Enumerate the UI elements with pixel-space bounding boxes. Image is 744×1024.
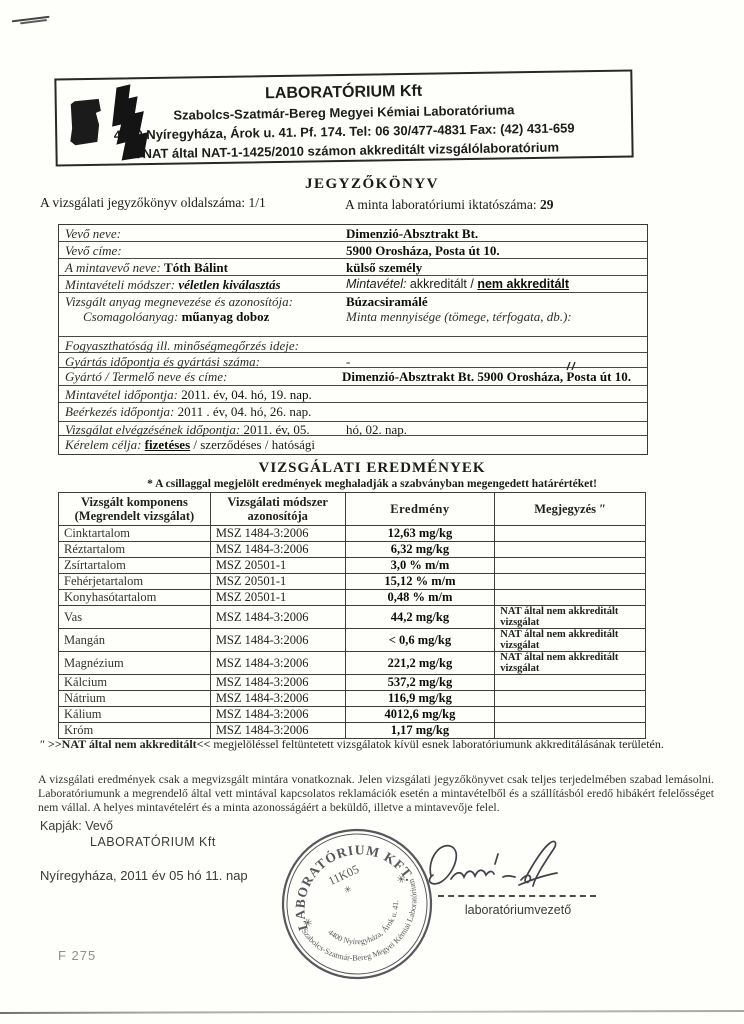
component-cell: Fehérjetartalom <box>59 574 211 590</box>
result-row: Nátrium MSZ 1484-3:2006 116,9 mg/kg <box>59 691 646 707</box>
method-cell: MSZ 20501-1 <box>210 590 345 606</box>
result-row: Cinktartalom MSZ 1484-3:2006 12,63 mg/kg <box>59 526 646 542</box>
info-row-sampler: A mintavevő neve: Tóth Bálint külső szem… <box>59 259 647 276</box>
result-cell: < 0,6 mg/kg <box>345 629 495 652</box>
result-cell: 0,48 % m/m <box>345 590 495 606</box>
distribution-recipient: LABORATÓRIUM Kft <box>90 834 216 850</box>
company-logo-icon <box>64 83 175 165</box>
result-row: Konyhasótartalom MSZ 20501-1 0,48 % m/m <box>59 590 646 606</box>
result-cell: 221,2 mg/kg <box>345 652 495 675</box>
method-cell: MSZ 1484-3:2006 <box>210 606 345 629</box>
info-row-test-date: Vizsgálat elvégzésének időpontja: 2011. … <box>59 422 647 436</box>
info-row-customer-address: Vevő címe: 5900 Orosháza, Posta út 10. <box>59 242 647 259</box>
result-row: Kálcium MSZ 1484-3:2006 537,2 mg/kg <box>59 675 646 691</box>
registry-label: A minta laboratóriumi iktatószáma: <box>345 197 537 212</box>
remark-cell <box>495 574 646 590</box>
component-cell: Cinktartalom <box>59 526 211 542</box>
scan-edge-bottom <box>0 1010 744 1014</box>
stamp-ring-inner-text: 4400 Nyíregyháza, Árok u. 41. <box>325 897 412 960</box>
remark-cell <box>495 526 646 542</box>
info-row-arrival-date: Beérkezés időpontja: 2011 . év, 04. hó, … <box>59 403 647 422</box>
component-cell: Zsírtartalom <box>59 558 211 574</box>
component-cell: Magnézium <box>59 652 211 675</box>
info-row-sampling-date: Mintavétel időpontja: 2011. év, 04. hó, … <box>59 386 647 403</box>
result-cell: 15,12 % m/m <box>345 574 495 590</box>
remark-cell <box>495 707 646 723</box>
component-cell: Kálium <box>59 707 211 723</box>
page-count-label: A vizsgálati jegyzőkönyv oldalszáma: <box>40 195 245 210</box>
result-row: Mangán MSZ 1484-3:2006 < 0,6 mg/kg NAT á… <box>59 629 646 652</box>
remark-cell <box>495 691 646 707</box>
component-cell: Réztartalom <box>59 542 211 558</box>
footnote-accreditation: ″ >>NAT által nem akkreditált<< megjelöl… <box>40 737 712 752</box>
distribution-label: Kapják: <box>40 819 82 833</box>
method-cell: MSZ 1484-3:2006 <box>210 542 345 558</box>
method-cell: MSZ 20501-1 <box>210 574 345 590</box>
info-row-producer: Gyártó / Termelő neve és címe: Dimenzió-… <box>59 368 647 386</box>
stamp-code: 11K05 <box>326 862 361 888</box>
remark-cell <box>495 590 646 606</box>
result-row: Kálium MSZ 1484-3:2006 4012,6 mg/kg <box>59 707 646 723</box>
col-header-remark: Megjegyzés ″ <box>495 493 646 526</box>
scan-edge-top <box>0 0 744 3</box>
result-cell: 537,2 mg/kg <box>345 675 495 691</box>
remark-cell <box>495 675 646 691</box>
result-row: Magnézium MSZ 1484-3:2006 221,2 mg/kg NA… <box>59 652 646 675</box>
result-row: Fehérjetartalom MSZ 20501-1 15,12 % m/m <box>59 574 646 590</box>
method-cell: MSZ 20501-1 <box>210 558 345 574</box>
component-cell: Kálcium <box>59 675 211 691</box>
remark-cell: NAT által nem akkreditált vizsgálat <box>495 606 646 629</box>
component-cell: Konyhasótartalom <box>59 590 211 606</box>
results-header-row: Vizsgált komponens (Megrendelt vizsgálat… <box>59 493 646 526</box>
result-cell: 4012,6 mg/kg <box>345 707 495 723</box>
scan-smudge-mark <box>12 16 51 28</box>
method-cell: MSZ 1484-3:2006 <box>210 691 345 707</box>
handwritten-tick-mark <box>565 361 577 371</box>
method-cell: MSZ 1484-3:2006 <box>210 675 345 691</box>
col-header-component: Vizsgált komponens (Megrendelt vizsgálat… <box>59 493 211 526</box>
results-table: Vizsgált komponens (Megrendelt vizsgálat… <box>58 492 646 739</box>
method-cell: MSZ 1484-3:2006 <box>210 652 345 675</box>
remark-cell: NAT által nem akkreditált vizsgálat <box>495 629 646 652</box>
result-cell: 6,32 mg/kg <box>345 542 495 558</box>
distribution-block: Kapják: Vevő LABORATÓRIUM Kft <box>40 818 216 850</box>
results-star-note: * A csillaggal megjelölt eredmények megh… <box>0 478 744 490</box>
result-row: Vas MSZ 1484-3:2006 44,2 mg/kg NAT által… <box>59 606 646 629</box>
info-row-customer-name: Vevő neve: Dimenzió-Absztrakt Bt. <box>59 225 647 242</box>
svg-text:4400 Nyíregyháza, Árok u. 41.: 4400 Nyíregyháza, Árok u. 41. <box>325 897 412 960</box>
info-row-sampling-method: Mintavételi módszer: véletlen kiválasztá… <box>59 276 647 293</box>
sample-info-table: Vevő neve: Dimenzió-Absztrakt Bt. Vevő c… <box>58 224 648 455</box>
info-row-production-date: Gyártás időpontja és gyártási száma: - <box>59 353 647 368</box>
method-cell: MSZ 1484-3:2006 <box>210 707 345 723</box>
col-header-result: Eredmény <box>345 493 495 526</box>
results-body: Cinktartalom MSZ 1484-3:2006 12,63 mg/kg… <box>59 526 646 739</box>
date-line: Nyíregyháza, 2011 év 05 hó 11. nap <box>40 868 248 883</box>
scanned-document-page: LABORATÓRIUM Kft Szabolcs-Szatmár-Bereg … <box>0 0 744 1024</box>
result-cell: 116,9 mg/kg <box>345 691 495 707</box>
results-section-title: VIZSGÁLATI EREDMÉNYEK <box>0 460 744 477</box>
result-row: Zsírtartalom MSZ 20501-1 3,0 % m/m <box>59 558 646 574</box>
method-cell: MSZ 1484-3:2006 <box>210 629 345 652</box>
round-stamp: ★ LABORATÓRIUM KFT. ★ 11K05 ✳ ✳ ✳ Szabol… <box>251 798 464 1011</box>
col-header-method: Vizsgálati módszer azonosítója <box>210 493 345 526</box>
remark-cell <box>495 542 646 558</box>
remark-cell: NAT által nem akkreditált vizsgálat <box>495 652 646 675</box>
signature-role-label: laboratóriumvezető <box>448 903 588 917</box>
info-row-request-purpose: Kérelem célja: fizetéses / szerződéses /… <box>59 436 647 454</box>
component-cell: Vas <box>59 606 211 629</box>
info-row-shelf-life: Fogyaszthatóság ill. minőségmegőrzés ide… <box>59 337 647 353</box>
result-cell: 3,0 % m/m <box>345 558 495 574</box>
meta-row: A vizsgálati jegyzőkönyv oldalszáma: 1/1… <box>40 195 710 211</box>
method-cell: MSZ 1484-3:2006 <box>210 526 345 542</box>
result-cell: 12,63 mg/kg <box>345 526 495 542</box>
registry-value: 29 <box>540 197 554 212</box>
form-number: F 275 <box>58 948 96 963</box>
result-cell: 44,2 mg/kg <box>345 606 495 629</box>
signature-line <box>438 895 596 897</box>
stamp-star-center: ✳ <box>342 883 353 895</box>
result-row: Réztartalom MSZ 1484-3:2006 6,32 mg/kg <box>59 542 646 558</box>
component-cell: Mangán <box>59 629 211 652</box>
distribution-recipient: Vevő <box>85 819 113 833</box>
component-cell: Nátrium <box>59 691 211 707</box>
letterhead-box: LABORATÓRIUM Kft Szabolcs-Szatmár-Bereg … <box>54 69 633 166</box>
info-row-material: Vizsgált anyag megnevezése és azonosítój… <box>59 293 647 337</box>
handwritten-signature <box>423 836 583 898</box>
remark-cell <box>495 558 646 574</box>
document-title: JEGYZŐKÖNYV <box>0 176 744 193</box>
page-count-value: 1/1 <box>248 195 265 210</box>
